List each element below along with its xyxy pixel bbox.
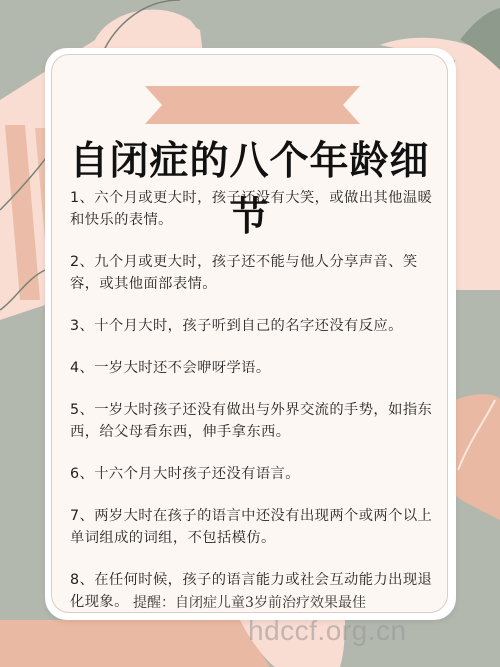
list-item: 5、一岁大时孩子还没有做出与外界交流的手势，如指东西，给父母看东西，伸手拿东西。 xyxy=(70,399,440,443)
list-item: 1、六个月或更大时，孩子还没有大笑，或做出其他温暖和快乐的表情。 xyxy=(70,187,440,231)
list-item: 7、两岁大时在孩子的语言中还没有出现两个或两个以上单词组成的词组，不包括模仿。 xyxy=(70,505,440,549)
list-item: 4、一岁大时还不会咿呀学语。 xyxy=(70,357,440,379)
list-item: 3、十个月大时，孩子听到自己的名字还没有反应。 xyxy=(70,315,440,337)
reminder-note: 提醒：自闭症儿童3岁前治疗效果最佳 xyxy=(51,592,448,612)
list-item: 2、九个月或更大时，孩子还不能与他人分享声音、笑容，或其他面部表情。 xyxy=(70,251,440,295)
age-signs-list: 1、六个月或更大时，孩子还没有大笑，或做出其他温暖和快乐的表情。 2、九个月或更… xyxy=(70,187,440,633)
watermark: hdccf.org.cn xyxy=(248,615,407,647)
ribbon-banner xyxy=(145,86,360,124)
list-item: 6、十六个月大时孩子还没有语言。 xyxy=(70,463,440,485)
